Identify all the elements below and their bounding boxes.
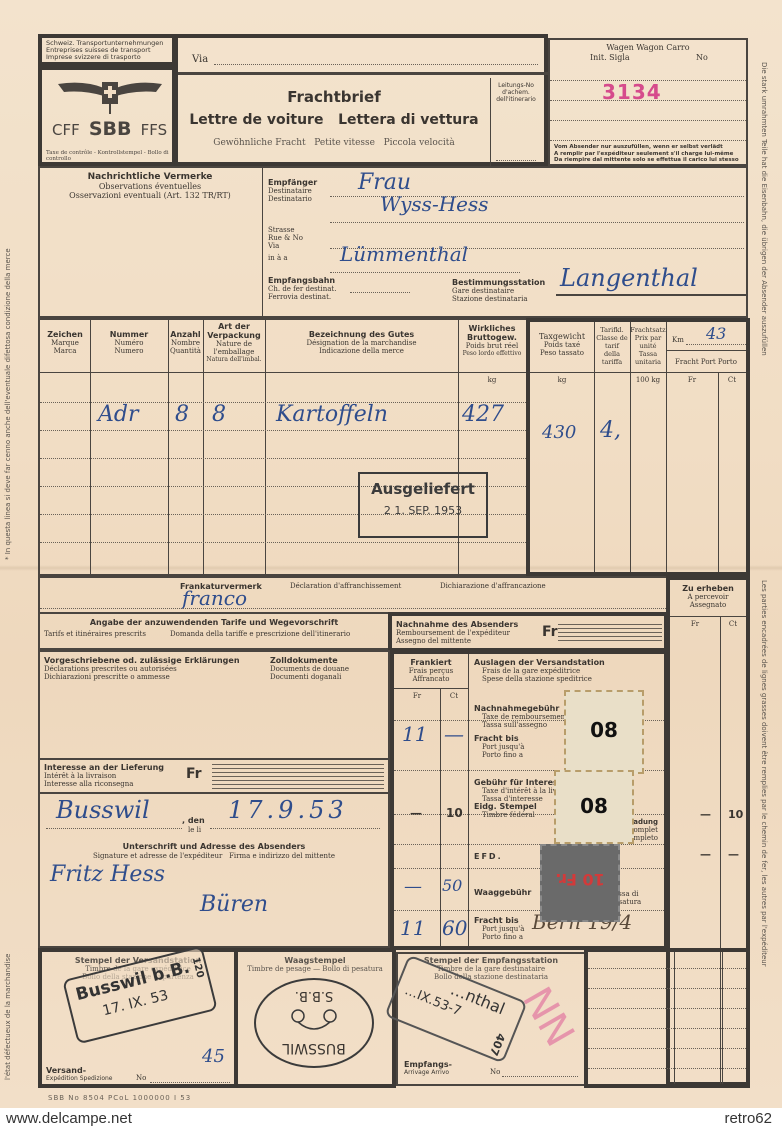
versand-label: Versand- [46,1066,112,1075]
station-label-de: Bestimmungsstation [452,278,545,287]
pink-pencil-mark: NN [513,980,583,1055]
collect-fr: A percevoir [670,593,746,601]
customs-it: Documenti doganali [270,673,349,681]
den-label: , den [182,816,205,825]
goods-tariff-class[interactable]: 4, [600,418,621,443]
bottom-calc-grid [584,948,750,1088]
customs-fr: Documents de douane [270,665,349,673]
weigh-stamp-box: Waagstempel Timbre de pesage — Bollo di … [234,948,396,1088]
cod-it: Assegno del mittente [396,637,518,645]
weigh-stamp-de: Waagstempel [238,956,392,965]
freight-label: Fracht Port Porto [666,358,746,366]
title-fr: Lettre de voiture [189,112,323,128]
interest-box: Interesse an der Lieferung Intérêt à la … [38,758,390,794]
sender-box: Busswil , den le li 17.9.53 Unterschrift… [38,792,390,948]
charge-efd: EFD. [474,852,503,861]
railway-label-fr: Ch. de fer destinat. [268,285,336,293]
observations-de: Nachrichtliche Vermerke [40,172,260,182]
le-label: le li [188,826,201,834]
speed-de: Gewöhnliche Fracht [213,138,305,148]
consignee-label-it: Destinatario [268,195,317,203]
charge-station-fees: Auslagen der Versandstation Frais de la … [474,658,605,683]
leitung-label: Leitungs-No d'achem. dell'itinerario [494,82,538,103]
logo-cff: CFF [52,121,80,139]
franking-value[interactable]: franco [182,586,247,610]
prepaid-ct-total[interactable]: 60 [442,916,467,940]
dispatch-number[interactable]: 45 [202,1046,225,1067]
logo-sbb: SBB [89,118,132,140]
interest-fr: Intérêt à la livraison [44,772,164,780]
carrier-note-box: Schweiz. Transportunternehmungen Entrepr… [38,34,176,66]
sender-place[interactable]: Busswil [56,796,150,824]
wagon-init-label: Init. Sigla [590,53,630,62]
railway-label-it: Ferrovia destinat. [268,293,336,301]
prepaid-ct-3[interactable]: 50 [442,876,462,895]
weight-unit: kg [458,376,526,384]
station-label-fr: Gare destinataire [452,287,545,295]
sender-signature-it: Firma e indirizzo del mittente [229,852,335,860]
wagon-number[interactable]: 3134 [602,80,662,104]
postage-stamp-1: 08 [564,690,644,774]
collect-de: Zu erheben [670,584,746,593]
arrival-stamp-box: Stempel der Empfangsstation Timbre de la… [396,952,586,1086]
dispatch-stamp-box: Stempel der Versandstation Timbre de la … [38,948,238,1088]
customs-de: Zolldokumente [270,656,349,665]
franking-fr: Déclaration d'affranchissement [290,582,401,590]
delivered-stamp-date: 2 1. SEP. 1953 [360,504,486,517]
arrival-no-label: No [490,1068,500,1076]
collect-it: Assegnato [670,601,746,609]
sender-date[interactable]: 17.9.53 [228,796,348,824]
station-label-it: Stazione destinataria [452,295,545,303]
col-header-marque: Zeichen Marque Marca [40,330,90,355]
charge-weighing-fee: Waaggebühr [474,888,531,897]
prepaid-ct-2[interactable]: 10 [446,806,463,820]
sender-name[interactable]: Fritz Hess [50,862,165,887]
watermark-site: www.delcampe.net [6,1110,132,1127]
wagon-note-it: Da riempire dal mittente solo se effettu… [554,157,739,164]
declarations-fr: Déclarations prescrites ou autorisées [44,665,240,673]
declarations-box: Vorgeschriebene od. zulässige Erklärunge… [38,650,390,760]
title-it: Lettera di vettura [338,112,479,128]
franking-it: Dichiarazione d'affrancazione [440,582,546,590]
prepaid-fr-total[interactable]: 11 [400,916,425,940]
speed-fr: Petite vitesse [314,138,375,148]
col-header-quantity: Anzahl Nombre Quantità [168,330,203,355]
consignee-label-fr: Destinataire [268,187,317,195]
watermark-seller: retro62 [724,1110,772,1127]
cod-currency: Fr [542,624,558,640]
declarations-de: Vorgeschriebene od. zulässige Erklärunge… [44,656,240,665]
goods-description[interactable]: Kartoffeln [276,402,388,427]
collect-ct-1[interactable]: 10 [728,808,743,821]
freight-document: * In questa linea si deve far cenno anch… [0,0,782,1108]
arrival-label: Empfangs- [404,1060,452,1069]
wagon-box: Wagen Wagon Carro Init. Sigla No 3134 Vo… [548,38,748,166]
wagon-note-de: Vom Absender nur auszufüllen, wenn er se… [554,144,739,151]
km-value[interactable]: 43 [706,324,726,343]
cod-de: Nachnahme des Absenders [396,620,518,629]
postage-stamp-3: 10 Fr. [540,844,620,922]
tariff-fr: Tarifs et itinéraires prescrits [44,630,146,638]
interest-it: Interesse alla riconsegna [44,780,164,788]
col-header-taxweight: Taxgewicht Poids taxé Peso tassato [530,332,594,357]
side-note-left-top: * In questa linea si deve far cenno anch… [4,60,12,560]
via-line[interactable] [214,64,538,65]
prepaid-de: Frankiert [394,658,468,667]
street-label-de: Strasse [268,226,303,234]
sbb-logo-box: CFF SBB FFS Taxe de contrôle - Kontrolls… [38,66,176,166]
weigh-stamp-fr: Timbre de pesage [247,965,311,973]
prepaid-fr-1[interactable]: 11 [402,722,427,746]
charges-box: Frankiert Frais perçus Affrancato Fr Ct … [390,650,668,950]
title-de: Frachtbrief [178,88,490,106]
sender-signature-de: Unterschrift und Adresse des Absenders [40,842,388,851]
form-number: SBB No 8504 PCoL 1000000 I 53 [48,1094,191,1102]
col-header-rate: Frachtsatz Prix par unité Tassa unitaria [630,326,666,366]
sbb-winged-wheel-icon [54,78,166,116]
charge-federal-stamp: Eidg. Stempel Timbre fédéral [474,802,537,819]
scale-icon [290,1008,338,1038]
prepaid-fr: Frais perçus [394,667,468,675]
logo-ffs: FFS [141,121,168,139]
weigh-stamp-it: Bollo di pesatura [322,965,382,973]
title-box: Via Frachtbrief Lettre de voiture Letter… [174,34,548,166]
col-header-weight: Wirkliches Bruttogew. Poids brut réel Pe… [458,324,526,358]
col-header-number: Nummer Numéro Numero [90,330,168,355]
watermark-bar: www.delcampe.net retro62 [0,1108,782,1130]
goods-quantity[interactable]: 8 [212,402,226,427]
prepaid-fr-2[interactable]: — [410,806,422,820]
col-header-tariffclass: Tarifkl. Classe de tarif della tariffa [594,326,630,366]
prepaid-ct-1[interactable]: — [444,722,464,746]
tariff-calc-box: Taxgewicht Poids taxé Peso tassato Tarif… [526,318,750,576]
goods-number[interactable]: 8 [175,402,189,427]
interest-de: Interesse an der Lieferung [44,763,164,772]
arrival-sub: Arrivage Arrivo [404,1069,452,1077]
tariff-route-box: Angabe der anzuwendenden Tarife und Wege… [38,612,390,650]
street-label-fr: Rue & No [268,234,303,242]
observations-fr: Observations éventuelles [40,182,260,191]
collect-fr-1[interactable]: — [700,808,711,821]
via-label: Via [192,54,208,65]
delivered-stamp-label: Ausgeliefert [360,480,486,498]
tariff-de: Angabe der anzuwendenden Tarife und Wege… [40,618,388,627]
goods-table: Zeichen Marque Marca Nummer Numéro Numer… [38,318,528,576]
col-header-packaging: Art der Verpackung Nature de l'emballage… [203,322,265,364]
km-label: Km [672,336,684,344]
goods-gross-weight[interactable]: 427 [462,402,504,427]
charge-freight-to-final: Fracht bis Port jusqu'à Porto fino a [474,916,524,941]
address-section: Nachrichtliche Vermerke Observations éve… [38,166,748,318]
tariff-it: Domanda della tariffe e prescrizione del… [170,630,350,638]
collect-fr-2[interactable]: — [700,848,711,861]
charge-cod-fee: Nachnahmegebühr Taxe de remboursement Ta… [474,704,568,729]
goods-tax-weight[interactable]: 430 [542,422,576,443]
consignee-name-line2[interactable]: Wyss-Hess [380,192,489,216]
sender-signature-fr: Signature et adresse de l'expéditeur [93,852,222,860]
interest-currency: Fr [186,766,202,782]
railway-label-de: Empfangsbahn [268,276,336,285]
observations-it: Osservazioni eventuali (Art. 132 TR/RT) [40,191,260,200]
wagon-no-label: No [696,53,708,62]
charge-freight-to: Fracht bis Port jusqu'à Porto fino a [474,734,524,759]
delivered-stamp: Ausgeliefert 2 1. SEP. 1953 [358,472,488,538]
dispatch-no-label: No [136,1074,146,1082]
cod-box: Nachnahme des Absenders Remboursement de… [388,612,668,652]
side-note-left-bottom: l'état défectueux de la marchandise [4,580,12,1080]
consignee-street[interactable]: Lümmenthal [340,242,468,266]
interest-amount-field[interactable] [212,764,384,790]
weigh-oval-stamp: S.B.B. BUSSWIL [254,978,374,1068]
col-header-goods: Bezeichnung des Gutes Désignation de la … [265,330,458,355]
in-label: in à a [268,254,303,262]
consignee-label-de: Empfänger [268,178,317,187]
street-label-it: Via [268,242,303,250]
collect-ct-2[interactable]: — [728,848,739,861]
prepaid-fr-3[interactable]: — [404,876,422,897]
logo-caption: Taxe de contrôle - Kontrollstempel - Bol… [46,150,172,162]
side-note-right-top: Die stark umrahmten Teile hat die Eisenb… [760,62,768,562]
destination-station[interactable]: Langenthal [560,264,698,292]
goods-marque[interactable]: Adr [98,402,139,427]
carrier-note-it: Imprese svizzere di trasporto [46,54,168,61]
versand-sub: Expédition Spedizione [46,1075,112,1083]
franking-box: Frankaturvermerk Déclaration d'affranchi… [38,576,668,614]
postage-stamp-2: 08 [554,770,634,844]
sender-town[interactable]: Büren [200,892,268,917]
declarations-it: Dichiarazioni prescritte o ammesse [44,673,240,681]
wagon-label: Wagen Wagon Carro [550,43,746,52]
side-note-right-bottom: Les parties encadrées de lignes grasses … [760,580,768,1080]
prepaid-it: Affrancato [394,675,468,683]
cod-fr: Remboursement de l'expéditeur [396,629,518,637]
cod-amount-field[interactable] [558,624,662,642]
speed-it: Piccola velocità [384,138,455,148]
